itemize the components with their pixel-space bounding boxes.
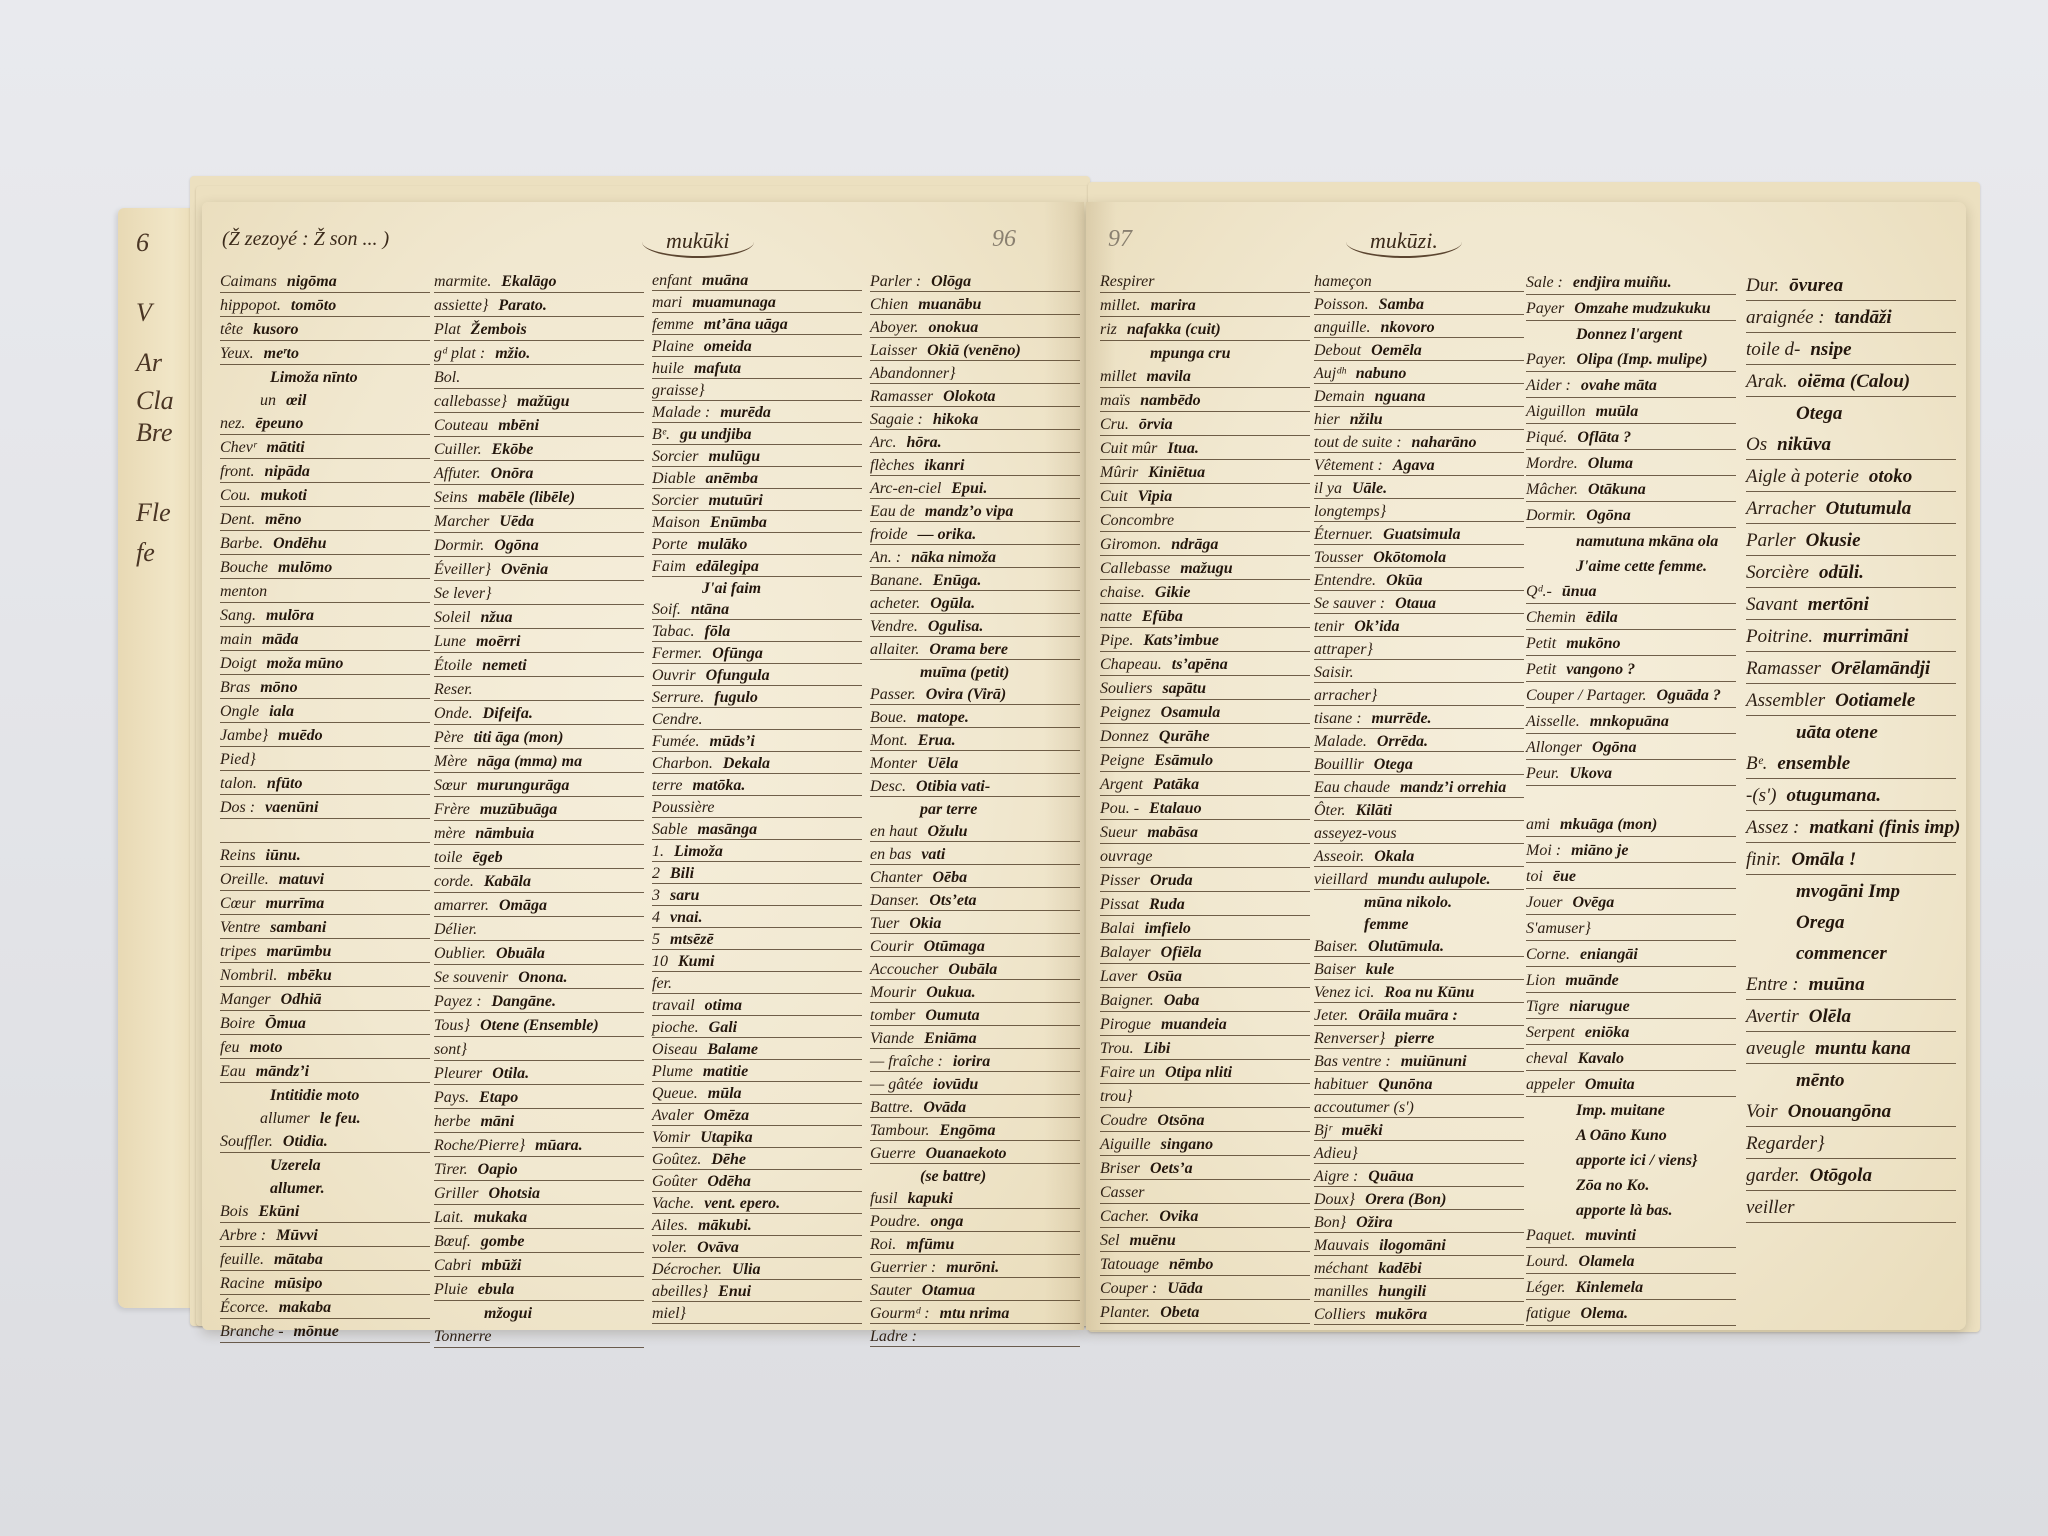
vocab-entry: fer.: [652, 975, 862, 994]
french-word: Laisser: [870, 342, 917, 359]
vocab-entry: OuvrirOfungula: [652, 667, 862, 686]
french-word: Poussière: [652, 799, 715, 816]
french-word: fusil: [870, 1190, 898, 1207]
vocab-entry: Cabrimbūži: [434, 1256, 644, 1277]
french-word: tête: [220, 321, 243, 338]
french-word: allumer: [260, 1110, 310, 1127]
vocab-entry: Demainnguana: [1314, 387, 1524, 407]
mukuzi-word: le feu.: [320, 1110, 361, 1127]
french-word: Payer.: [1526, 351, 1566, 368]
french-word: Bol.: [434, 369, 460, 386]
french-word: Dos :: [220, 799, 255, 816]
vocab-entry: tomberOumuta: [870, 1006, 1080, 1026]
mukuzi-word: nkovoro: [1380, 319, 1434, 336]
french-word: Assembler: [1746, 690, 1825, 711]
french-word: toile: [434, 849, 462, 866]
vocab-entry: PlatŽembois: [434, 320, 644, 341]
mukuzi-word: Žembois: [471, 321, 527, 338]
mukuzi-word: Ogūla.: [930, 595, 975, 612]
mukuzi-word: fugulo: [714, 689, 758, 706]
french-word: Bois: [220, 1203, 248, 1220]
mukuzi-word: ēue: [1553, 868, 1576, 885]
french-word: Aisselle.: [1526, 713, 1580, 730]
vocab-entry: Entre :muūna: [1746, 971, 1956, 1000]
vocab-entry: Assez :matkani (finis imp): [1746, 814, 1956, 843]
mukuzi-word: Okia: [909, 915, 941, 932]
mukuzi-word: hungili: [1378, 1283, 1426, 1300]
vocab-entry: Aigre :Quāua: [1314, 1167, 1524, 1187]
mukuzi-word: Ovāva: [697, 1239, 739, 1256]
vocab-entry: mūna nikolo.: [1314, 893, 1524, 912]
vocab-entry: [220, 822, 430, 843]
french-word: Queue.: [652, 1085, 698, 1102]
mukuzi-word: Oetsʼa: [1150, 1160, 1193, 1177]
french-word: Cuit mûr: [1100, 440, 1157, 457]
french-word: Sorcier: [652, 448, 699, 465]
vocab-entry: amimkuāga (mon): [1526, 814, 1736, 837]
french-word: Arbre :: [220, 1227, 266, 1244]
vocab-entry: Sorciermutuūri: [652, 492, 862, 511]
french-word: Bᵉ.: [1746, 753, 1767, 774]
page-number: 96: [992, 226, 1016, 253]
vocab-entry: femmemtʼāna uāga: [652, 316, 862, 335]
mukuzi-word: Otūmaga: [924, 938, 985, 955]
mukuzi-word: nguana: [1375, 388, 1426, 405]
mukuzi-word: kapuki: [908, 1190, 953, 1207]
french-word: assiette}: [434, 297, 488, 314]
vocab-entry: arracher}: [1314, 686, 1524, 706]
french-word: Se sauver :: [1314, 595, 1385, 612]
mukuzi-word: mūsipo: [274, 1275, 322, 1292]
mukuzi-word: Ogōna: [494, 537, 538, 554]
vocab-entry: Faire unOtipa nliti: [1100, 1063, 1310, 1084]
page-heading: mukūzi.: [1346, 226, 1462, 258]
french-word: Soleil: [434, 609, 470, 626]
vocab-entry: J'aime cette femme.: [1526, 556, 1736, 578]
vocab-entry: chevalKavalo: [1526, 1048, 1736, 1071]
vocab-entry: acheter.Ogūla.: [870, 594, 1080, 614]
vocab-entry: hameçon: [1314, 272, 1524, 292]
french-word: veiller: [1746, 1197, 1795, 1218]
vocab-column-4: Parler :OlōgaChienmuanābuAboyer.onokuaLa…: [870, 272, 1080, 1350]
mukuzi-word: Ulia: [732, 1261, 760, 1278]
vocab-entry: Affuter.Onōra: [434, 464, 644, 485]
mukuzi-word: Okūa: [1386, 572, 1422, 589]
french-word: Sang.: [220, 607, 256, 624]
vocab-entry: RamasserOlokota: [870, 387, 1080, 407]
vocab-entry: Tigreniarugue: [1526, 996, 1736, 1019]
mukuzi-word: murrēde.: [1372, 710, 1432, 727]
vocab-entry: Cuit mûrItua.: [1100, 439, 1310, 460]
vocab-entry: Plaineomeida: [652, 338, 862, 357]
mukuzi-word: Olipa (Imp. mulipe): [1576, 351, 1707, 368]
french-word: Aigre :: [1314, 1168, 1358, 1185]
mukuzi-word: Olokota: [943, 388, 995, 405]
vocab-entry: amarrer.Omāga: [434, 896, 644, 917]
mukuzi-word: odūli.: [1819, 562, 1864, 583]
vocab-entry: toileēgeb: [434, 848, 644, 869]
vocab-entry: SauterOtamua: [870, 1281, 1080, 1301]
vocab-entry: Frèremuzūbuāga: [434, 800, 644, 821]
french-word: Caimans: [220, 273, 277, 290]
french-word: menton: [220, 583, 267, 600]
french-word: millet.: [1100, 297, 1140, 314]
mukuzi-word: Dekala: [723, 755, 770, 772]
mukuzi-word: Olōga: [931, 273, 971, 290]
mukuzi-word: nipāda: [265, 463, 310, 480]
french-word: — gâtée: [870, 1076, 923, 1093]
french-word: Avertir: [1746, 1006, 1799, 1027]
french-word: chaise.: [1100, 584, 1145, 601]
french-word: Moi :: [1526, 842, 1561, 859]
french-word: Sale :: [1526, 274, 1563, 291]
vocab-entry: Mont.Erua.: [870, 731, 1080, 751]
vocab-entry: femme: [1314, 915, 1524, 934]
mukuzi-word: otima: [705, 997, 742, 1014]
mukuzi-word: Kumi: [678, 953, 714, 970]
mukuzi-word: murungurāga: [477, 777, 570, 794]
french-word: Guerre: [870, 1145, 916, 1162]
french-word: allaiter.: [870, 641, 919, 658]
mukuzi-word: J'aime cette femme.: [1576, 558, 1707, 575]
french-word: 10: [652, 953, 668, 970]
french-word: Couteau: [434, 417, 488, 434]
french-word: Léger.: [1526, 1279, 1566, 1296]
mukuzi-word: mutuūri: [709, 492, 763, 509]
french-word: Abandonner}: [870, 365, 956, 382]
mukuzi-word: J'ai faim: [702, 580, 761, 597]
french-word: Serpent: [1526, 1024, 1575, 1041]
mukuzi-word: Uēla: [927, 755, 958, 772]
mukuzi-word: Efūba: [1142, 608, 1183, 625]
mukuzi-word: Gikie: [1155, 584, 1191, 601]
french-word: Pluie: [434, 1281, 468, 1298]
vocab-entry: Chevʳmātiti: [220, 438, 430, 459]
mukuzi-word: Oēba: [932, 869, 967, 886]
vocab-entry: Sorcièreodūli.: [1746, 559, 1956, 588]
french-word: tisane :: [1314, 710, 1362, 727]
vocab-entry: abeilles}Enui: [652, 1283, 862, 1302]
vocab-entry: Banane.Enūga.: [870, 571, 1080, 591]
french-word: ouvrage: [1100, 848, 1152, 865]
vocab-entry: RamasserOrēlamāndji: [1746, 655, 1956, 684]
vocab-entry: Goûtez.Dēhe: [652, 1151, 862, 1170]
page-number: 97: [1108, 226, 1132, 253]
french-word: Oiseau: [652, 1041, 697, 1058]
french-word: S'amuser}: [1526, 920, 1591, 937]
vocab-entry: Décrocher.Ulia: [652, 1261, 862, 1280]
vocab-entry: Venez ici.Roa nu Kūnu: [1314, 983, 1524, 1003]
vocab-entry: Piroguemuandeia: [1100, 1015, 1310, 1036]
french-word: fer.: [652, 975, 672, 992]
mukuzi-word: mūna nikolo.: [1364, 894, 1452, 911]
vocab-entry: Lionmuānde: [1526, 970, 1736, 993]
left-page: (Ž zezoyé : Ž son ... ) mukūki 96 Caiman…: [202, 202, 1084, 1330]
french-word: toi: [1526, 868, 1543, 885]
french-word: Pisser: [1100, 872, 1140, 889]
french-word: front.: [220, 463, 255, 480]
mukuzi-word: Qunōna: [1378, 1076, 1432, 1093]
mukuzi-word: Roa nu Kūnu: [1384, 984, 1474, 1001]
vocab-entry: Reinsiūnu.: [220, 846, 430, 867]
french-word: feu: [220, 1039, 240, 1056]
vocab-entry: Ôter.Kilāti: [1314, 801, 1524, 821]
vocab-entry: Couper :Uāda: [1100, 1279, 1310, 1300]
french-word: Tigre: [1526, 998, 1559, 1015]
vocab-entry: riznafakka (cuit): [1100, 320, 1310, 341]
mukuzi-word: Onōra: [491, 465, 534, 482]
mukuzi-word: Agava: [1393, 457, 1435, 474]
vocab-entry: Petitvangono ?: [1526, 659, 1736, 682]
mukuzi-word: Orāila muāra :: [1358, 1007, 1458, 1024]
french-word: Debout: [1314, 342, 1361, 359]
vocab-entry: appelerOmuita: [1526, 1074, 1736, 1097]
mukuzi-word: fōla: [705, 623, 731, 640]
mukuzi-word: Olema.: [1580, 1305, 1628, 1322]
mukuzi-word: nafakka (cuit): [1127, 321, 1221, 338]
french-word: Cru.: [1100, 416, 1129, 433]
vocab-entry: Mâcher.Otākuna: [1526, 479, 1736, 502]
vocab-entry: Tabac.fōla: [652, 623, 862, 642]
french-word: Aboyer.: [870, 319, 918, 336]
french-word: Peur.: [1526, 765, 1559, 782]
mukuzi-word: sapātu: [1162, 680, 1206, 697]
vocab-entry: Gourmᵈ :mtu nrima: [870, 1304, 1080, 1324]
mukuzi-word: makaba: [279, 1299, 331, 1316]
mukuzi-word: Quāua: [1368, 1168, 1413, 1185]
mukuzi-word: murōni.: [946, 1259, 999, 1276]
vocab-entry: Dur.ōvurea: [1746, 272, 1956, 301]
vocab-entry: Eau chaudemandzʼi orrehia: [1314, 778, 1524, 798]
vocab-entry: Bas ventre :muiūnuni: [1314, 1052, 1524, 1072]
french-word: Tuer: [870, 915, 899, 932]
mukuzi-word: Ovira (Virā): [926, 686, 1006, 703]
vocab-entry: Danser.Otsʼeta: [870, 891, 1080, 911]
french-word: Écorce.: [220, 1299, 269, 1316]
french-word: Sorcière: [1746, 562, 1809, 583]
french-word: arracher}: [1314, 687, 1377, 704]
vocab-entry: Éternuer.Guatsimula: [1314, 525, 1524, 545]
french-word: longtemps}: [1314, 503, 1386, 520]
mukuzi-word: mukaka: [474, 1209, 527, 1226]
french-word: Adieu}: [1314, 1145, 1358, 1162]
mukuzi-word: Ukova: [1569, 765, 1612, 782]
mukuzi-word: Ogōna: [1592, 739, 1636, 756]
mukuzi-word: Olutūmula.: [1368, 938, 1444, 955]
mukuzi-word: gu undjiba: [680, 426, 752, 443]
vocab-entry: ArgentPatāka: [1100, 775, 1310, 796]
mukuzi-word: mulūgu: [709, 448, 761, 465]
french-word: Cuiller.: [434, 441, 482, 458]
vocab-entry: (se battre): [870, 1167, 1080, 1186]
french-word: Frère: [434, 801, 470, 818]
mukuzi-word: Kiniētua: [1148, 464, 1205, 481]
mukuzi-word: mvogāni Imp: [1796, 881, 1900, 902]
vocab-entry: Cru.ōrvia: [1100, 415, 1310, 436]
french-word: Barbe.: [220, 535, 263, 552]
french-word: Balayer: [1100, 944, 1151, 961]
french-word: Malade :: [652, 404, 710, 421]
vocab-entry: Jeter.Orāila muāra :: [1314, 1006, 1524, 1026]
mukuzi-word: Oflāta ?: [1577, 429, 1631, 446]
vocab-entry: callebasse}mažūgu: [434, 392, 644, 413]
french-word: Vomir: [652, 1129, 690, 1146]
french-word: Jouer: [1526, 894, 1562, 911]
mukuzi-word: mažūgu: [517, 393, 569, 410]
vocab-entry: Qᵈ.-ūnua: [1526, 581, 1736, 604]
mukuzi-word: anēmba: [706, 470, 758, 487]
vocab-entry: Asseoir.Okala: [1314, 847, 1524, 867]
french-word: voler.: [652, 1239, 687, 1256]
french-word: fatigue: [1526, 1305, 1570, 1322]
mukuzi-word: Osūa: [1147, 968, 1182, 985]
french-word: Charbon.: [652, 755, 713, 772]
french-word: Père: [434, 729, 464, 746]
french-word: Oublier.: [434, 945, 486, 962]
vocab-entry: milletmavila: [1100, 367, 1310, 388]
vocab-entry: Cou.mukoti: [220, 486, 430, 507]
mukuzi-word: mukōno: [1566, 635, 1620, 652]
mukuzi-word: Epui.: [951, 480, 987, 497]
mukuzi-word: mtsēzē: [670, 931, 714, 948]
vocab-entry: Tous}Otene (Ensemble): [434, 1016, 644, 1037]
mukuzi-word: nāmbuia: [475, 825, 534, 842]
french-word: Laver: [1100, 968, 1137, 985]
french-word: Goûter: [652, 1173, 697, 1190]
vocab-entry: Pou. -Etalauo: [1100, 799, 1310, 820]
mukuzi-word: muvinti: [1585, 1227, 1636, 1244]
mukuzi-word: mātiti: [266, 439, 304, 456]
mukuzi-word: A Oāno Kuno: [1576, 1127, 1667, 1144]
vocab-entry: Faimedālegipa: [652, 558, 862, 577]
french-word: Faire un: [1100, 1064, 1155, 1081]
vocab-entry: huilemafuta: [652, 360, 862, 379]
vocab-entry: corde.Kabāla: [434, 872, 644, 893]
mukuzi-word: Donnez l'argent: [1576, 326, 1682, 343]
vocab-entry: BouillirOtega: [1314, 755, 1524, 775]
french-word: Sorcier: [652, 492, 699, 509]
mukuzi-word: Ogulisa.: [928, 618, 984, 635]
mukuzi-word: Orama bere: [929, 641, 1008, 658]
vocab-entry: Orega: [1746, 909, 1956, 937]
french-word: Pissat: [1100, 896, 1139, 913]
mukuzi-word: Ožira: [1356, 1214, 1392, 1231]
mukuzi-word: Ekūni: [258, 1203, 299, 1220]
vocab-entry: allumerle feu.: [220, 1109, 430, 1129]
vocab-entry: MarcherUēda: [434, 512, 644, 533]
mukuzi-word: Patāka: [1153, 776, 1199, 793]
french-word: Doux}: [1314, 1191, 1355, 1208]
mukuzi-word: Oemēla: [1371, 342, 1422, 359]
mukuzi-word: mafuta: [694, 360, 741, 377]
french-word: Pays.: [434, 1089, 469, 1106]
mukuzi-word: kadēbi: [1378, 1260, 1422, 1277]
vocab-entry: Ailes.mākubi.: [652, 1217, 862, 1236]
french-word: An. :: [870, 549, 901, 566]
french-word: huile: [652, 360, 684, 377]
french-word: Corne.: [1526, 946, 1570, 963]
french-word: Eau chaude: [1314, 779, 1390, 796]
mukuzi-word: Bili: [670, 865, 694, 882]
french-word: Fumée.: [652, 733, 700, 750]
french-word: Aiguille: [1100, 1136, 1151, 1153]
mukuzi-word: nžilu: [1350, 411, 1383, 428]
french-word: Dent.: [220, 511, 255, 528]
french-word: Cœur: [220, 895, 256, 912]
french-word: Porte: [652, 536, 688, 553]
french-word: Plume: [652, 1063, 693, 1080]
mukuzi-word: otoko: [1869, 466, 1912, 487]
mukuzi-word: muamunaga: [692, 294, 776, 311]
mukuzi-word: kule: [1366, 961, 1394, 978]
french-word: Chemin: [1526, 609, 1576, 626]
vocab-entry: BoisEkūni: [220, 1202, 430, 1223]
mukuzi-word: Parato.: [498, 297, 546, 314]
mukuzi-word: mandzʼi orrehia: [1400, 779, 1506, 796]
french-word: terre: [652, 777, 683, 794]
french-word: Tirer.: [434, 1161, 468, 1178]
vocab-entry: Sablemasānga: [652, 821, 862, 840]
page-fragment-text: Ar: [136, 348, 162, 378]
mukuzi-word: Intitidie moto: [270, 1087, 359, 1104]
vocab-entry: Sueurmabāsa: [1100, 823, 1310, 844]
vocab-entry: Caimansnigōma: [220, 272, 430, 293]
french-word: Plaine: [652, 338, 694, 355]
vocab-entry: Sœurmurungurāga: [434, 776, 644, 797]
vocab-entry: S'amuser}: [1526, 918, 1736, 941]
vocab-entry: front.nipāda: [220, 462, 430, 483]
vocab-entry: toiēue: [1526, 866, 1736, 889]
french-word: Reser.: [434, 681, 473, 698]
french-word: Bon}: [1314, 1214, 1346, 1231]
mukuzi-word: Okʼida: [1354, 618, 1399, 635]
french-word: Ailes.: [652, 1217, 688, 1234]
mukuzi-word: ndrāga: [1171, 536, 1218, 553]
mukuzi-word: Ofūnga: [712, 645, 763, 662]
french-word: Assez :: [1746, 817, 1799, 838]
vocab-entry: ViandeEniāma: [870, 1029, 1080, 1049]
mukuzi-word: Odhiā: [281, 991, 322, 1008]
french-word: Venez ici.: [1314, 984, 1374, 1001]
french-word: Sœur: [434, 777, 467, 794]
french-word: attraper}: [1314, 641, 1373, 658]
french-word: Couper :: [1100, 1280, 1157, 1297]
french-word: main: [220, 631, 252, 648]
vocab-entry: 3saru: [652, 887, 862, 906]
french-word: Roche/Pierre}: [434, 1137, 525, 1154]
mukuzi-word: muanābu: [918, 296, 981, 313]
mukuzi-word: mkuāga (mon): [1560, 816, 1657, 833]
mukuzi-word: Oruda: [1150, 872, 1193, 889]
vocab-entry: vieillardmundu aulupole.: [1314, 870, 1524, 890]
mukuzi-word: mōno: [260, 679, 297, 696]
vocab-entry: Selmuēnu: [1100, 1231, 1310, 1252]
vocab-entry: Léger.Kinlemela: [1526, 1277, 1736, 1300]
mukuzi-word: — orika.: [918, 526, 977, 543]
vocab-entry: Concombre: [1100, 511, 1310, 532]
vocab-entry: longtemps}: [1314, 502, 1524, 522]
vocab-entry: en basvati: [870, 845, 1080, 865]
vocab-entry: hiernžilu: [1314, 410, 1524, 430]
french-word: anguille.: [1314, 319, 1370, 336]
vocab-entry: finir.Omāla !: [1746, 846, 1956, 875]
french-word: Faim: [652, 558, 686, 575]
french-word: 2: [652, 865, 660, 882]
french-word: Chapeau.: [1100, 656, 1162, 673]
french-word: Jeter.: [1314, 1007, 1348, 1024]
french-word: Délier.: [434, 921, 477, 938]
mukuzi-word: Ogōna: [1586, 507, 1630, 524]
